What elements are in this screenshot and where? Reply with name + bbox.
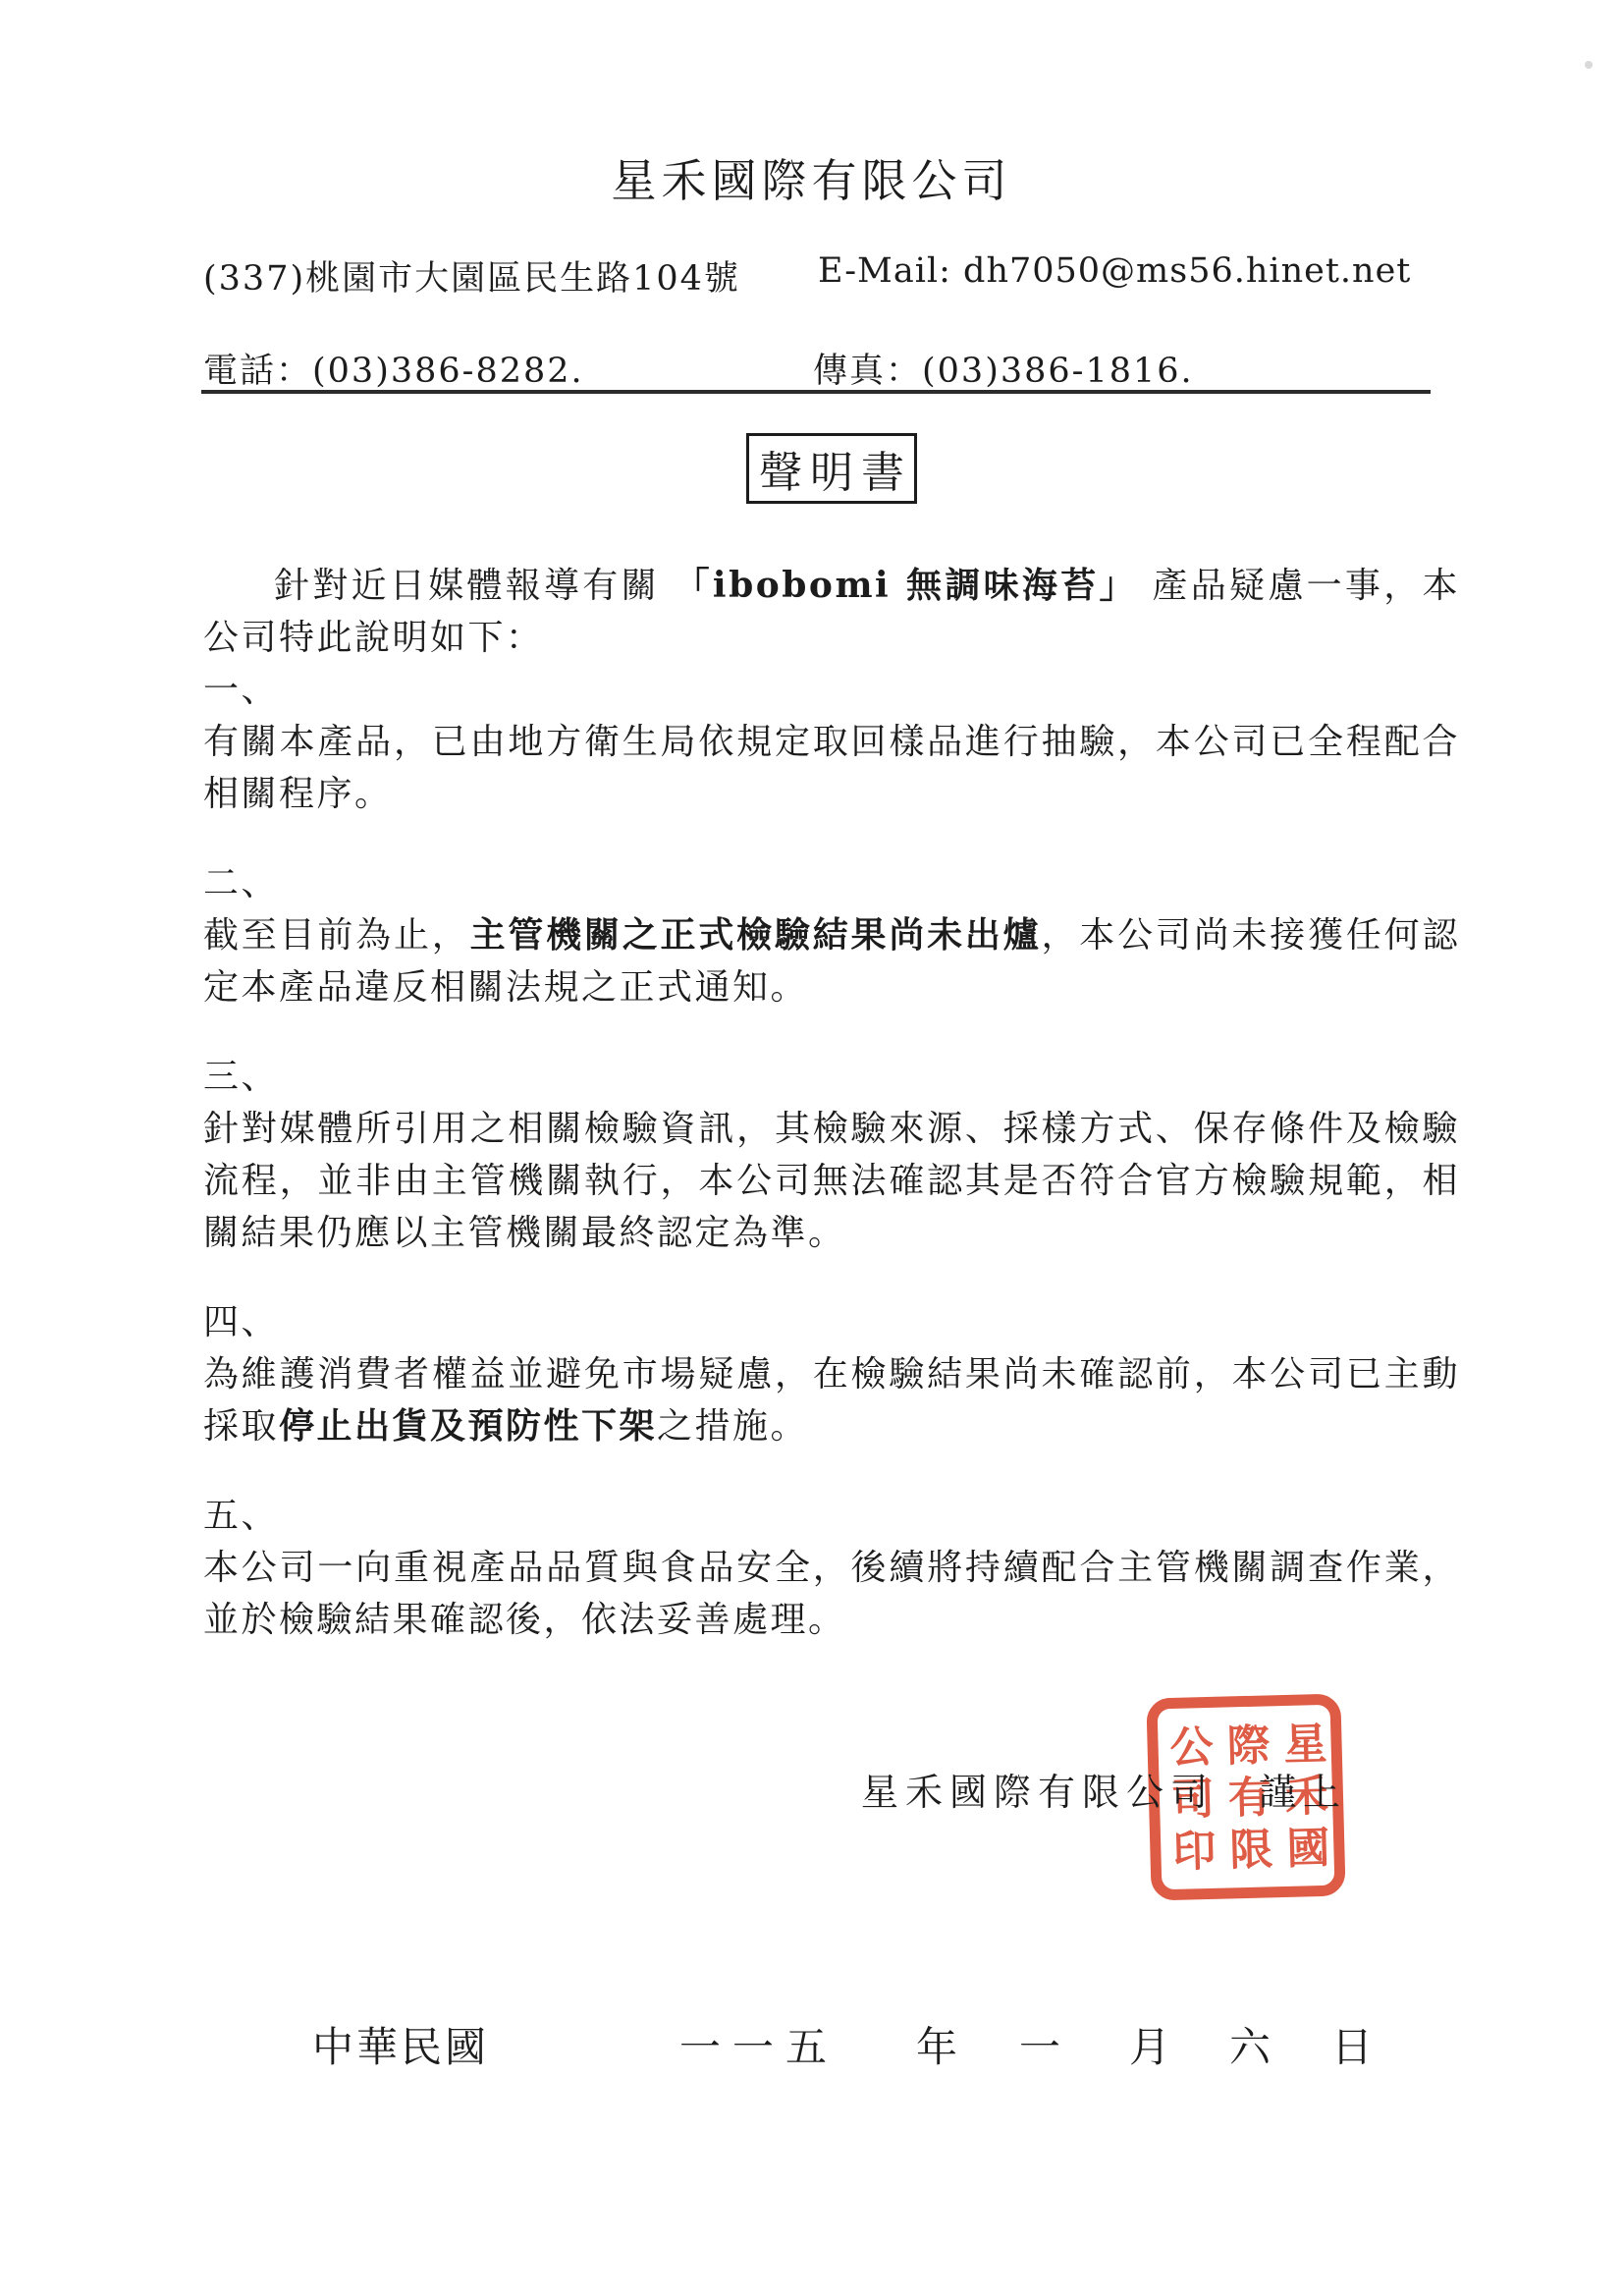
statement-item-4: 四、 為維護消費者權益並避免市場疑慮，在檢驗結果尚未確認前，本公司已主動採取停止… [203, 1296, 1460, 1452]
item-number: 一、 [203, 664, 1460, 716]
date-line: 中華民國 一一五 年 一 月 六 日 [0, 2015, 1623, 2074]
signature-line: 星禾國際有限公司 謹上 [861, 1762, 1347, 1816]
date-year: 一一五 [679, 2015, 839, 2074]
item-text-bold: 主管機關之正式檢驗結果尚未出爐 [470, 914, 1042, 956]
date-era: 中華民國 [312, 2015, 489, 2074]
statement-item-1: 一、 有關本產品，已由地方衛生局依規定取回樣品進行抽驗，本公司已全程配合相關程序… [203, 664, 1460, 820]
item-text: 截至目前為止， [203, 915, 470, 956]
company-fax: 傳真：(03)386-1816. [813, 344, 1194, 393]
statement-title: 聲明書 [746, 433, 917, 504]
scan-artifact [1585, 61, 1593, 69]
statement-item-2: 二、 截至目前為止，主管機關之正式檢驗結果尚未出爐，本公司尚未接獲任何認定本產品… [203, 857, 1460, 1013]
item-text: 之措施。 [657, 1406, 808, 1447]
item-text-bold: 停止出貨及預防性下架 [279, 1405, 657, 1447]
item-text: 本公司一向重視產品品質與食品安全，後續將持續配合主管機關調查作業，並於檢驗結果確… [203, 1548, 1460, 1640]
company-phone: 電話：(03)386-8282. [203, 344, 584, 393]
item-body: 截至目前為止，主管機關之正式檢驗結果尚未出爐，本公司尚未接獲任何認定本產品違反相… [203, 909, 1460, 1013]
item-text: 針對媒體所引用之相關檢驗資訊，其檢驗來源、採樣方式、保存條件及檢驗流程，並非由主… [203, 1109, 1460, 1253]
item-number: 五、 [203, 1490, 1460, 1542]
item-text: 有關本產品，已由地方衛生局依規定取回樣品進行抽驗，本公司已全程配合相關程序。 [203, 722, 1460, 814]
date-month: 一 [1019, 2015, 1060, 2074]
item-body: 為維護消費者權益並避免市場疑慮，在檢驗結果尚未確認前，本公司已主動採取停止出貨及… [203, 1348, 1460, 1452]
item-body: 有關本產品，已由地方衛生局依規定取回樣品進行抽驗，本公司已全程配合相關程序。 [203, 716, 1460, 820]
company-name: 星禾國際有限公司 [0, 145, 1623, 210]
company-email: E-Mail: dh7050@ms56.hinet.net [818, 251, 1411, 291]
date-year-unit: 年 [916, 2015, 957, 2074]
date-day-unit: 日 [1331, 2015, 1373, 2074]
header-divider [201, 390, 1431, 394]
item-number: 四、 [203, 1296, 1460, 1348]
item-number: 二、 [203, 857, 1460, 909]
statement-body: 針對近日媒體報導有關 「ibobomi 無調味海苔」 產品疑慮一事，本公司特此說… [203, 560, 1460, 1683]
date-month-unit: 月 [1129, 2015, 1170, 2074]
item-number: 三、 [203, 1051, 1460, 1103]
date-day: 六 [1229, 2015, 1271, 2074]
document-page: 星禾國際有限公司 (337)桃園市大園區民生路104號 E-Mail: dh70… [0, 0, 1623, 2296]
company-address: (337)桃園市大園區民生路104號 [203, 251, 740, 301]
item-body: 針對媒體所引用之相關檢驗資訊，其檢驗來源、採樣方式、保存條件及檢驗流程，並非由主… [203, 1103, 1460, 1259]
item-body: 本公司一向重視產品品質與食品安全，後續將持續配合主管機關調查作業，並於檢驗結果確… [203, 1542, 1460, 1646]
statement-item-3: 三、 針對媒體所引用之相關檢驗資訊，其檢驗來源、採樣方式、保存條件及檢驗流程，並… [203, 1051, 1460, 1259]
intro-text-pre: 針對近日媒體報導有關 [274, 566, 675, 606]
intro-product-name: 「ibobomi 無調味海苔」 [675, 565, 1138, 606]
intro-paragraph: 針對近日媒體報導有關 「ibobomi 無調味海苔」 產品疑慮一事，本公司特此說… [203, 560, 1460, 664]
statement-item-5: 五、 本公司一向重視產品品質與食品安全，後續將持續配合主管機關調查作業，並於檢驗… [203, 1490, 1460, 1646]
